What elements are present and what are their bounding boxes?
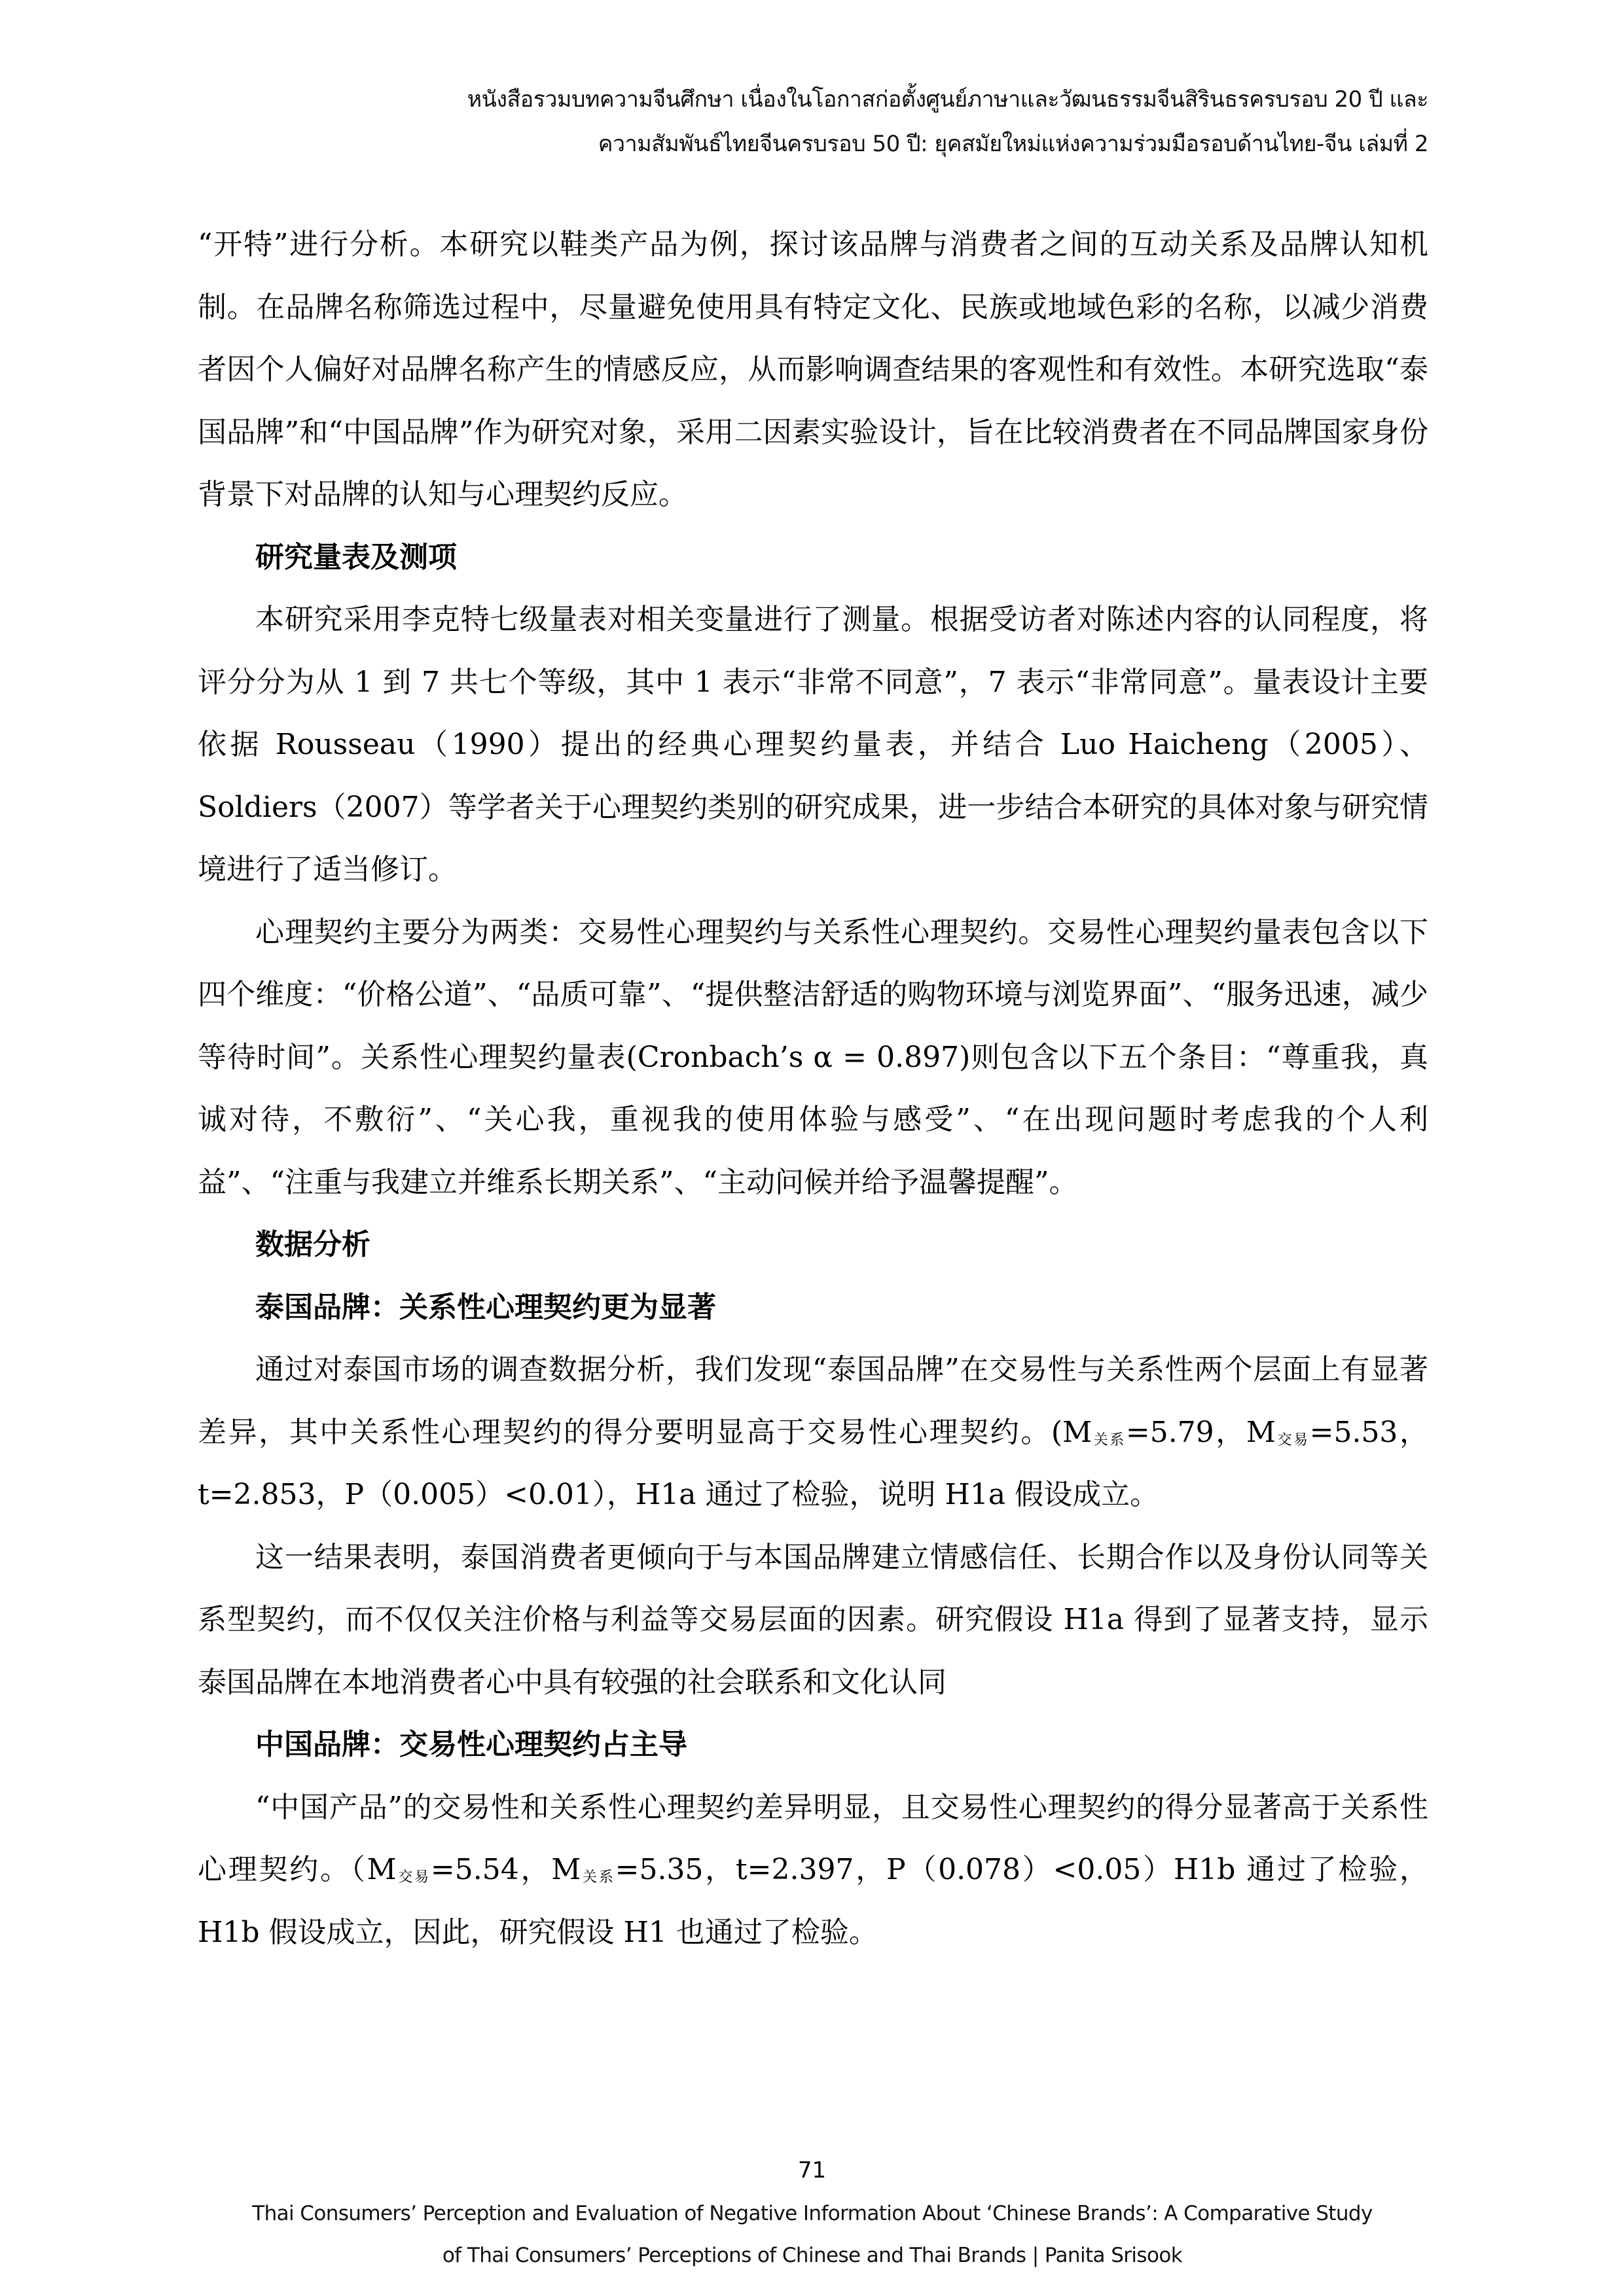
footer-line-1: Thai Consumers’ Perception and Evaluatio…: [196, 2193, 1428, 2234]
paragraph-thai-interpretation: 这一结果表明，泰国消费者更倾向于与本国品牌建立情感信任、长期合作以及身份认同等关…: [198, 1526, 1428, 1714]
paragraph-likert-scale: 本研究采用李克特七级量表对相关变量进行了测量。根据受访者对陈述内容的认同程度，将…: [198, 588, 1428, 901]
paragraph-brand-intro: “开特”进行分析。本研究以鞋类产品为例，探讨该品牌与消费者之间的互动关系及品牌认…: [198, 213, 1428, 526]
subscript-transactional: 交易: [397, 1869, 431, 1886]
section-heading-data-analysis: 数据分析: [198, 1213, 1428, 1276]
running-footer: Thai Consumers’ Perception and Evaluatio…: [196, 2193, 1428, 2276]
paragraph-thai-results: 通过对泰国市场的调查数据分析，我们发现“泰国品牌”在交易性与关系性两个层面上有显…: [198, 1338, 1428, 1526]
subscript-relational: 关系: [1092, 1432, 1126, 1448]
body-text: “开特”进行分析。本研究以鞋类产品为例，探讨该品牌与消费者之间的互动关系及品牌认…: [198, 213, 1428, 1964]
document-page: หนังสือรวมบทความจีนศึกษา เนื่องในโอกาสก่…: [0, 0, 1624, 2296]
subsection-heading-thai-brand: 泰国品牌：关系性心理契约更为显著: [198, 1276, 1428, 1339]
subscript-transactional: 交易: [1276, 1432, 1310, 1448]
page-number: 71: [0, 2157, 1624, 2183]
footer-line-2: of Thai Consumers’ Perceptions of Chines…: [196, 2234, 1428, 2276]
section-heading-scale: 研究量表及测项: [198, 526, 1428, 589]
paragraph-contract-types: 心理契约主要分为两类：交易性心理契约与关系性心理契约。交易性心理契约量表包含以下…: [198, 901, 1428, 1214]
running-header: หนังสือรวมบทความจีนศึกษา เนื่องในโอกาสก่…: [196, 77, 1428, 166]
header-line-2: ความสัมพันธ์ไทยจีนครบรอบ 50 ปี: ยุคสมัยใ…: [196, 122, 1428, 166]
text-run: =5.79，M: [1126, 1416, 1276, 1449]
header-line-1: หนังสือรวมบทความจีนศึกษา เนื่องในโอกาสก่…: [196, 77, 1428, 122]
subscript-relational: 关系: [581, 1869, 615, 1886]
subsection-heading-china-brand: 中国品牌：交易性心理契约占主导: [198, 1713, 1428, 1776]
text-run: =5.54，M: [431, 1853, 581, 1886]
paragraph-china-results: “中国产品”的交易性和关系性心理契约差异明显，且交易性心理契约的得分显著高于关系…: [198, 1776, 1428, 1964]
